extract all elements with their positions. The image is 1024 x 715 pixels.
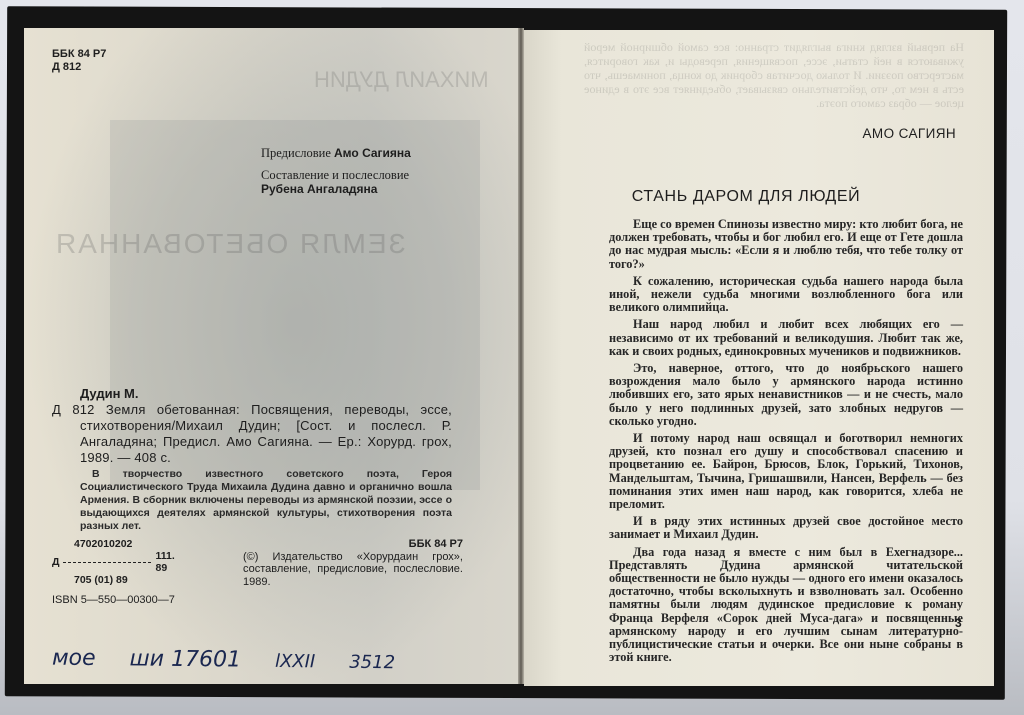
- bleed-through-author: МИХАИЛ ДУДИН: [314, 68, 489, 92]
- compilation-label: Составление и послесловие: [261, 168, 411, 182]
- credits: Предисловие Амо Сагияна Составление и по…: [261, 146, 411, 204]
- preface-label: Предисловие: [261, 146, 331, 160]
- publication-codes: 4702010202 Д 111. 89 705 (01) 89 ISBN 5—…: [52, 538, 182, 606]
- bleed-through-text: На первый взгляд книга выглядит странно:…: [584, 40, 964, 110]
- paragraph: И в ряду этих истинных друзей свое досто…: [609, 515, 963, 541]
- paragraph: Это, наверное, оттого, что до ноябрьског…: [609, 362, 963, 428]
- code-prefix: Д: [52, 556, 59, 568]
- essay-title: СТАНЬ ДАРОМ ДЛЯ ЛЮДЕЙ: [606, 188, 886, 206]
- isbn: ISBN 5—550—00300—7: [52, 594, 182, 606]
- fraction-line: [63, 562, 151, 563]
- code-denominator: 705 (01) 89: [74, 574, 182, 586]
- essay-body: Еще со времен Спинозы известно миру: кто…: [609, 218, 963, 669]
- handwriting-1: мое: [52, 646, 96, 671]
- preface-credit: Предисловие Амо Сагияна: [261, 146, 411, 160]
- catalog-code: Д 812: [52, 61, 106, 74]
- preface-author: Амо Сагияна: [334, 146, 411, 160]
- catalog-entry: Д 812 Земля обетованная: Посвящения, пер…: [52, 402, 452, 466]
- paragraph: Два года назад я вместе с ним был в Ехег…: [609, 546, 963, 665]
- code-suffix: 111. 89: [155, 550, 182, 574]
- compilation-credit: Составление и послесловие Рубена Ангалад…: [261, 168, 411, 196]
- handwriting-3: lXXII: [275, 651, 315, 672]
- code-numerator: 4702010202: [74, 538, 182, 550]
- handwritten-inventory-note: мое ши 17601 lXXII 3512: [52, 646, 512, 676]
- paragraph: Еще со времен Спинозы известно миру: кто…: [609, 218, 963, 271]
- paragraph: Наш народ любил и любит всех любящих его…: [609, 318, 963, 358]
- catalog-annotation: В творчество известного советского поэта…: [80, 468, 452, 533]
- paragraph: К сожалению, историческая судьба нашего …: [609, 275, 963, 315]
- annotation-text: В творчество известного советского поэта…: [80, 468, 452, 532]
- copyright-text: (©) Издательство «Хорурдаин грох», соста…: [243, 551, 463, 589]
- compilation-author: Рубена Ангаладяна: [261, 182, 377, 196]
- handwriting-4: 3512: [349, 652, 395, 673]
- catalog-author: Дудин М.: [80, 386, 452, 401]
- page-number: 3: [955, 616, 962, 630]
- bbk-classification: ББК 84 Р7 Д 812: [52, 48, 106, 74]
- copyright-bbk: ББК 84 Р7: [243, 538, 463, 551]
- code-fraction: Д 111. 89: [52, 550, 182, 574]
- essay-author: АМО САГИЯН: [676, 126, 956, 141]
- catalog-card: Дудин М. Д 812 Земля обетованная: Посвящ…: [52, 386, 452, 533]
- handwriting-2: ши 17601: [129, 646, 241, 672]
- bbk-code: ББК 84 Р7: [52, 48, 106, 61]
- bleed-through-title: ЗЕМЛЯ ОБЕТОВАННАЯ: [54, 228, 406, 260]
- copyright-block: ББК 84 Р7 (©) Издательство «Хорурдаин гр…: [243, 538, 463, 588]
- paragraph: И потому народ наш освящал и боготворил …: [609, 432, 963, 511]
